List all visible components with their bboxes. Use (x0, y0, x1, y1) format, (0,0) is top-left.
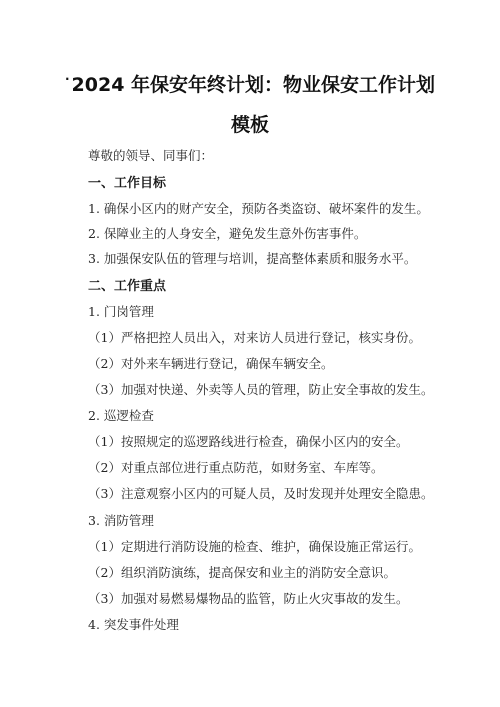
list-item: （1）严格把控人员出入，对来访人员进行登记，核实身份。 (88, 328, 421, 346)
list-item: （2）对重点部位进行重点防范，如财务室、车库等。 (88, 458, 383, 476)
document-title-line-2: 模板 (0, 110, 500, 137)
list-item: （3）注意观察小区内的可疑人员，及时发现并处理安全隐患。 (88, 484, 433, 502)
list-item: （1）定期进行消防设施的检查、维护，确保设施正常运行。 (88, 537, 421, 555)
subsection-title-emergency: 4. 突发事件处理 (88, 615, 179, 633)
goal-item: 1. 确保小区内的财产安全，预防各类盗窃、破坏案件的发生。 (88, 199, 429, 217)
goal-item: 3. 加强保安队伍的管理与培训，提高整体素质和服务水平。 (88, 249, 416, 267)
salutation: 尊敬的领导、同事们： (88, 146, 213, 164)
subsection-title-gate: 1. 门岗管理 (88, 302, 154, 320)
list-item: （3）加强对快递、外卖等人员的管理，防止安全事故的发生。 (88, 380, 433, 398)
document-page: ·2024 年保安年终计划：物业保安工作计划 模板 尊敬的领导、同事们： 一、工… (0, 0, 500, 707)
list-item: （3）加强对易燃易爆物品的监管，防止火灾事故的发生。 (88, 589, 408, 607)
list-item: （1）按照规定的巡逻路线进行检查，确保小区内的安全。 (88, 432, 408, 450)
section-heading-focus: 二、工作重点 (88, 275, 166, 294)
document-title-line-1: ·2024 年保安年终计划：物业保安工作计划 (0, 70, 500, 97)
list-item: （2）对外来车辆进行登记，确保车辆安全。 (88, 354, 333, 372)
title-text: 2024 年保安年终计划：物业保安工作计划 (72, 74, 436, 96)
title-marker: · (65, 72, 70, 86)
subsection-title-patrol: 2. 巡逻检查 (88, 406, 154, 424)
subsection-title-fire: 3. 消防管理 (88, 511, 154, 529)
section-heading-goals: 一、工作目标 (88, 172, 166, 191)
list-item: （2）组织消防演练，提高保安和业主的消防安全意识。 (88, 563, 396, 581)
goal-item: 2. 保障业主的人身安全，避免发生意外伤害事件。 (88, 224, 366, 242)
